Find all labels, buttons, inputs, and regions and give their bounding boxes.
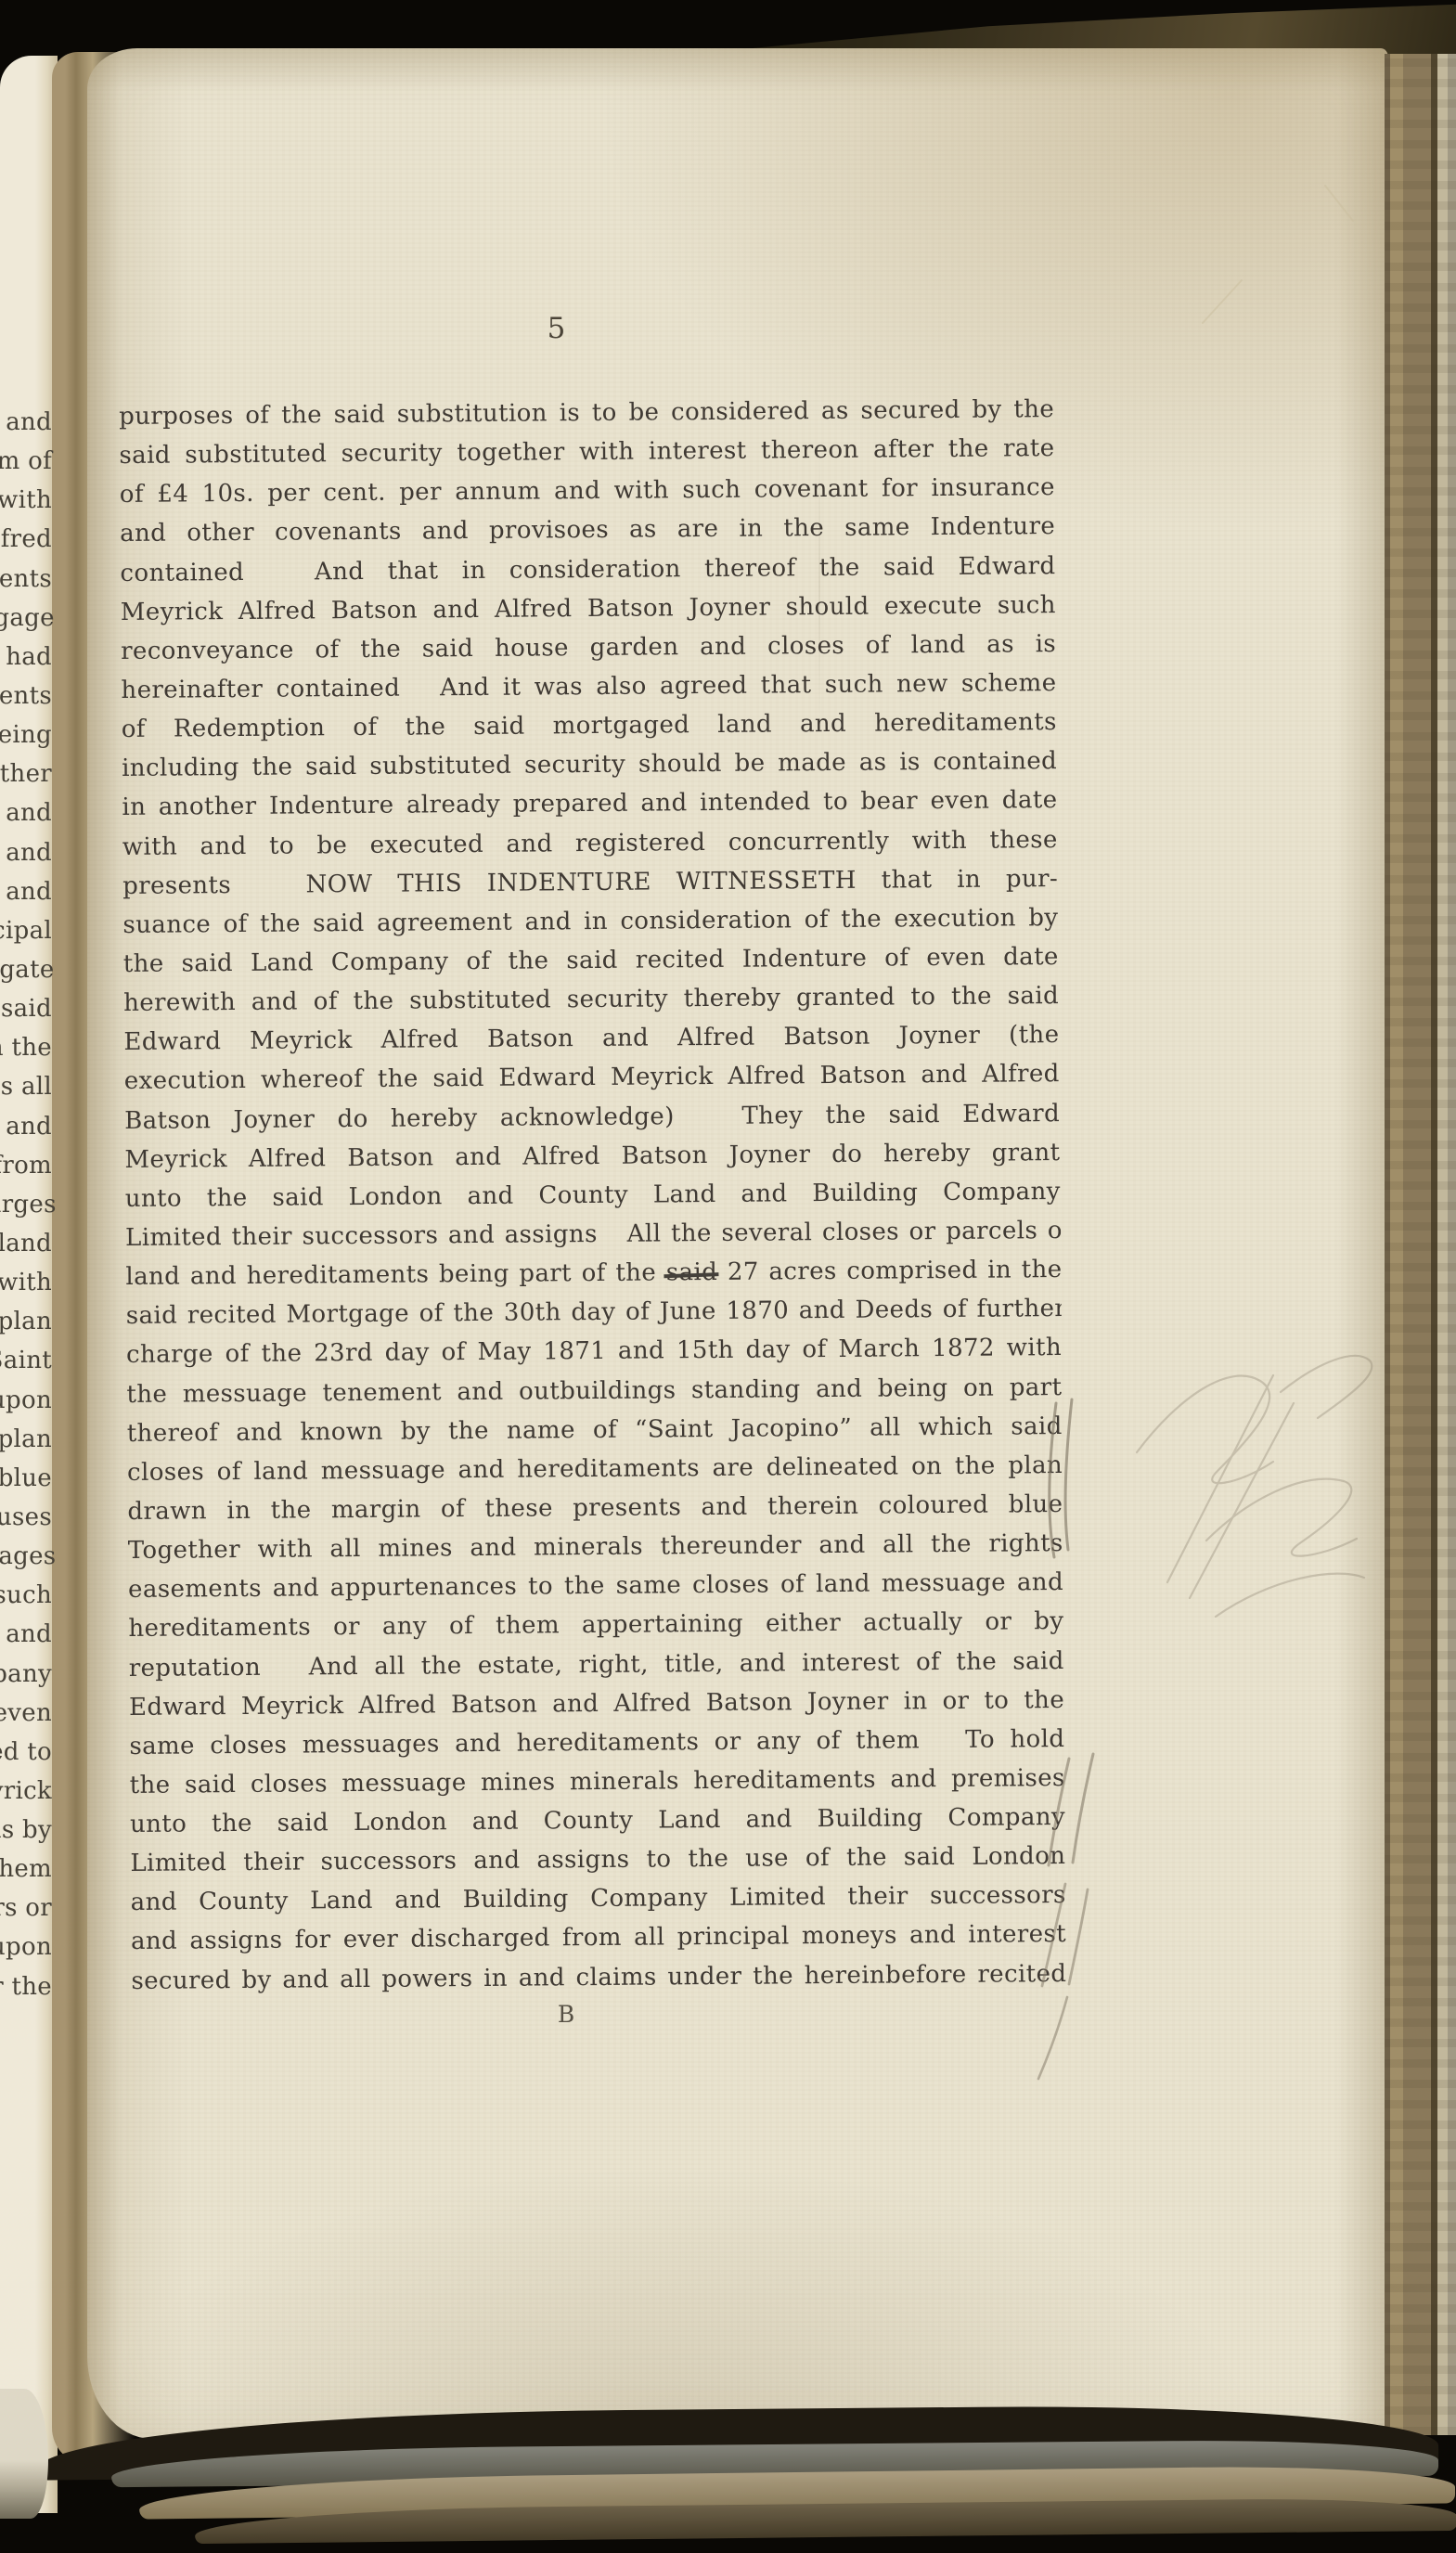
fragment-line: e plan: [0, 1420, 52, 1459]
fragment-line: y with: [0, 481, 52, 520]
fragment-line: further: [0, 754, 52, 793]
text-line: the messuage tenement and outbuildings s…: [126, 1368, 1062, 1414]
fore-edge-page-stack: [1385, 54, 1456, 2435]
struck-word: said: [666, 1258, 718, 1286]
body-text: purposes of the said substitution is to …: [119, 390, 1067, 2001]
fragment-line: charges: [0, 1185, 52, 1224]
fragment-line: d blue: [0, 1459, 52, 1498]
fragment-line: e plan: [0, 1302, 52, 1341]
page-number: 5: [520, 312, 594, 345]
text-line: contained And that in consideration ther…: [120, 547, 1055, 593]
fragment-line: rges all: [0, 1067, 52, 1106]
fragment-line: tors or: [0, 1889, 52, 1928]
fragment-line: o them: [0, 1850, 52, 1889]
fragment-line: sum of: [0, 442, 52, 481]
fragment-line: gns by: [0, 1811, 52, 1850]
text-line: reputation And all the estate, right, ti…: [129, 1642, 1064, 1688]
fragment-line: to and: [0, 793, 52, 832]
fragment-line: “ Saint: [0, 1341, 52, 1380]
fragment-line: l upon: [0, 1928, 52, 1966]
fragment-line: Alfred: [0, 520, 52, 559]
fragment-line: o such: [0, 1576, 52, 1615]
text-line: with and to be executed and registered c…: [122, 820, 1058, 867]
fragment-line: incipal: [0, 911, 52, 950]
fragment-line: ed and: [0, 1615, 52, 1654]
fragment-line: aments: [0, 677, 52, 716]
fragment-line: for the: [0, 1967, 52, 2006]
fragment-line: ar even: [0, 1694, 52, 1733]
scanned-book-photo: rt andsum ofy withAlfredamentsortgagech …: [0, 0, 1456, 2553]
fragment-line: rt and: [0, 403, 52, 442]
fragment-line: ed land: [0, 1224, 52, 1263]
signature-mark: B: [538, 2001, 594, 2028]
fragment-line: (being: [0, 716, 52, 754]
text-line: in another Indenture already prepared an…: [122, 780, 1057, 827]
fragment-line: ts and: [0, 1107, 52, 1146]
fragment-line: ch had: [0, 638, 52, 677]
bottom-left-page-corner-stack: [0, 2389, 48, 2519]
text-line: hereditaments or any of them appertainin…: [128, 1602, 1063, 1648]
fragment-line: g from: [0, 1146, 52, 1185]
fragment-line: e said: [0, 989, 52, 1028]
fragment-line: 00 and: [0, 872, 52, 911]
fragment-line: ed and: [0, 833, 52, 872]
text-line: Batson Joyner do hereby acknowledge) The…: [124, 1094, 1060, 1141]
text-line: secured by and all powers in and claims …: [131, 1954, 1066, 2001]
fragment-line: aments: [0, 560, 52, 599]
fragment-line: ssuages: [0, 1537, 52, 1576]
text-line: and other covenants and provisoes as are…: [120, 508, 1055, 554]
text-line: execution whereof the said Edward Meyric…: [124, 1054, 1060, 1101]
fragment-line: d with: [0, 1263, 52, 1302]
facing-page-fragments: rt andsum ofy withAlfredamentsortgagech …: [0, 403, 52, 2006]
fragment-line: gregate: [0, 950, 52, 989]
text-line: charge of the 23rd day of May 1871 and 1…: [126, 1328, 1062, 1374]
fragment-line: t upon: [0, 1381, 52, 1420]
fragment-line: houses: [0, 1498, 52, 1537]
fragment-line: ortgage: [0, 599, 52, 638]
fragment-line: ded to: [0, 1733, 52, 1772]
fragment-line: mpany: [0, 1655, 52, 1694]
fragment-line: Ieyrick: [0, 1772, 52, 1811]
fragment-line: on the: [0, 1028, 52, 1067]
text-line: and assigns for ever discharged from all…: [131, 1915, 1066, 1962]
